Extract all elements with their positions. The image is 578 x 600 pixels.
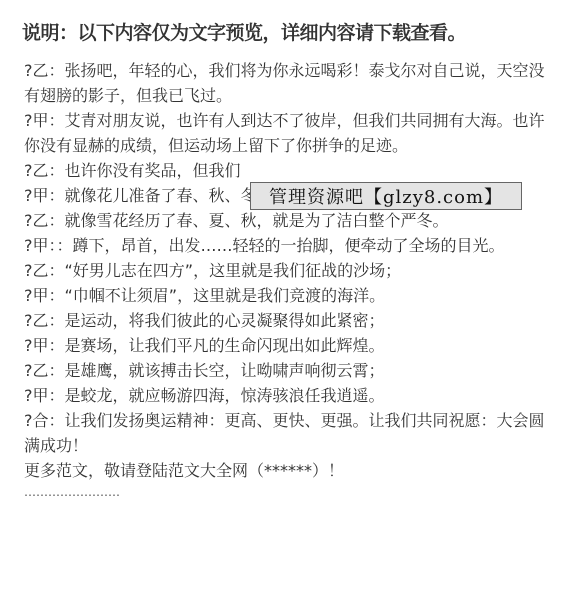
- paragraph: ?甲：是赛场，让我们平凡的生命闪现出如此辉煌。: [24, 333, 554, 358]
- paragraph: ?乙：“好男儿志在四方”，这里就是我们征战的沙场；: [24, 258, 554, 283]
- document-body: ?乙：张扬吧，年轻的心，我们将为你永远喝彩！泰戈尔对自己说，天空没有翅膀的影子，…: [24, 58, 554, 499]
- paragraph: ?乙：就像雪花经历了春、夏、秋，就是为了洁白整个严冬。: [24, 208, 554, 233]
- paragraph: ?合：让我们发扬奥运精神：更高、更快、更强。让我们共同祝愿：大会圆满成功！: [24, 408, 554, 458]
- footer-link-text: 更多范文，敬请登陆范文大全网（******）！: [24, 458, 554, 483]
- paragraph: ?甲：艾青对朋友说，也许有人到达不了彼岸，但我们共同拥有大海。也许你没有显赫的成…: [24, 108, 554, 158]
- paragraph: ?乙：也许你没有奖品，但我们: [24, 158, 554, 183]
- paragraph: ?乙：是雄鹰，就该搏击长空，让呦啸声响彻云霄；: [24, 358, 554, 383]
- paragraph: ?甲：“巾帼不让须眉”，这里就是我们竞渡的海洋。: [24, 283, 554, 308]
- paragraph: ?乙：是运动，将我们彼此的心灵凝聚得如此紧密；: [24, 308, 554, 333]
- paragraph: ?甲：是蛟龙，就应畅游四海，惊涛骇浪任我逍遥。: [24, 383, 554, 408]
- preview-notice: 说明：以下内容仅为文字预览，详细内容请下载查看。: [22, 18, 466, 45]
- dotted-separator: ……………………: [24, 485, 554, 499]
- watermark-banner: 管理资源吧【glzy8.com】: [250, 182, 522, 210]
- paragraph: ?乙：张扬吧，年轻的心，我们将为你永远喝彩！泰戈尔对自己说，天空没有翅膀的影子，…: [24, 58, 554, 108]
- paragraph: ?甲：：蹲下，昂首，出发……轻轻的一抬脚，便牵动了全场的目光。: [24, 233, 554, 258]
